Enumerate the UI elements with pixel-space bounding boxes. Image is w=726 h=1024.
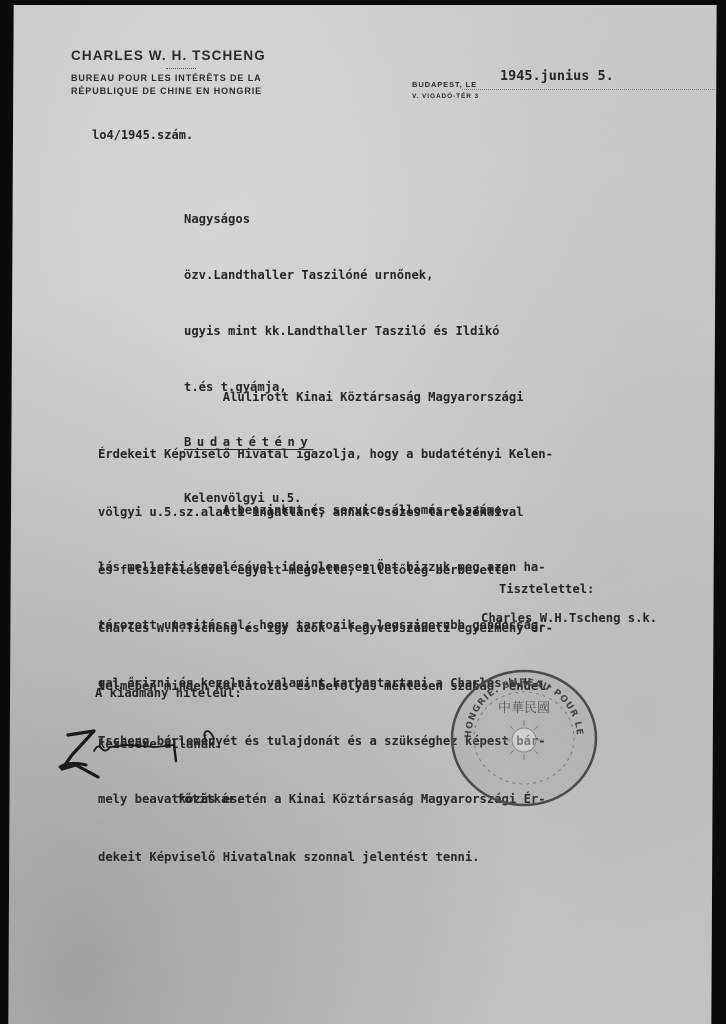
body-line: tározott utasitással, hogy tartozik a le…: [98, 616, 546, 635]
letterhead-name: CHARLES W. H. TSCHENG: [71, 48, 266, 63]
letterhead-address: V. VIGADÓ-TÉR 3: [412, 93, 479, 100]
reference-number: lo4/1945.szám.: [92, 128, 193, 142]
letterhead-bureau-line1: BUREAU POUR LES INTÉRÊTS DE LA: [71, 73, 262, 83]
body-line: A benzinkut és service-állomás elszámo-: [98, 501, 546, 520]
signatory-title: főtitkár.: [177, 792, 243, 806]
signatory-name: Charles W.H.Tscheng s.k.: [481, 611, 657, 625]
letter-date: 1945.junius 5.: [500, 68, 614, 84]
official-seal-stamp: HONGRIE. BUREAU POUR LES INTÉRÊTS 中華民國: [449, 668, 599, 808]
letterhead-place: BUDAPEST, LE: [412, 80, 477, 89]
letterhead-divider: [166, 68, 196, 69]
recipient-line: özv.Landthaller Taszilóné urnőnek,: [184, 266, 500, 285]
handwritten-signature: [56, 725, 246, 785]
letterhead-bureau-line2: RÉPUBLIQUE DE CHINE EN HONGRIE: [71, 86, 262, 96]
recipient-line: ugyis mint kk.Landthaller Tasziló és Ild…: [184, 322, 500, 341]
recipient-line: Nagyságos: [184, 210, 500, 229]
body-line: dekeit Képviselő Hivatalnak szonnal jele…: [98, 848, 546, 867]
certification-label: A kiadmány hiteléül:: [95, 686, 242, 700]
date-dotted-line: [462, 89, 715, 90]
stamp-inner-text: 中華民國: [498, 700, 550, 716]
closing-salutation: Tisztelettel:: [499, 582, 594, 596]
body-line: Alulirott Kinai Köztársaság Magyarország…: [98, 388, 553, 407]
body-line: lás melletti kezelésével ideiglenesen Ön…: [98, 558, 546, 577]
